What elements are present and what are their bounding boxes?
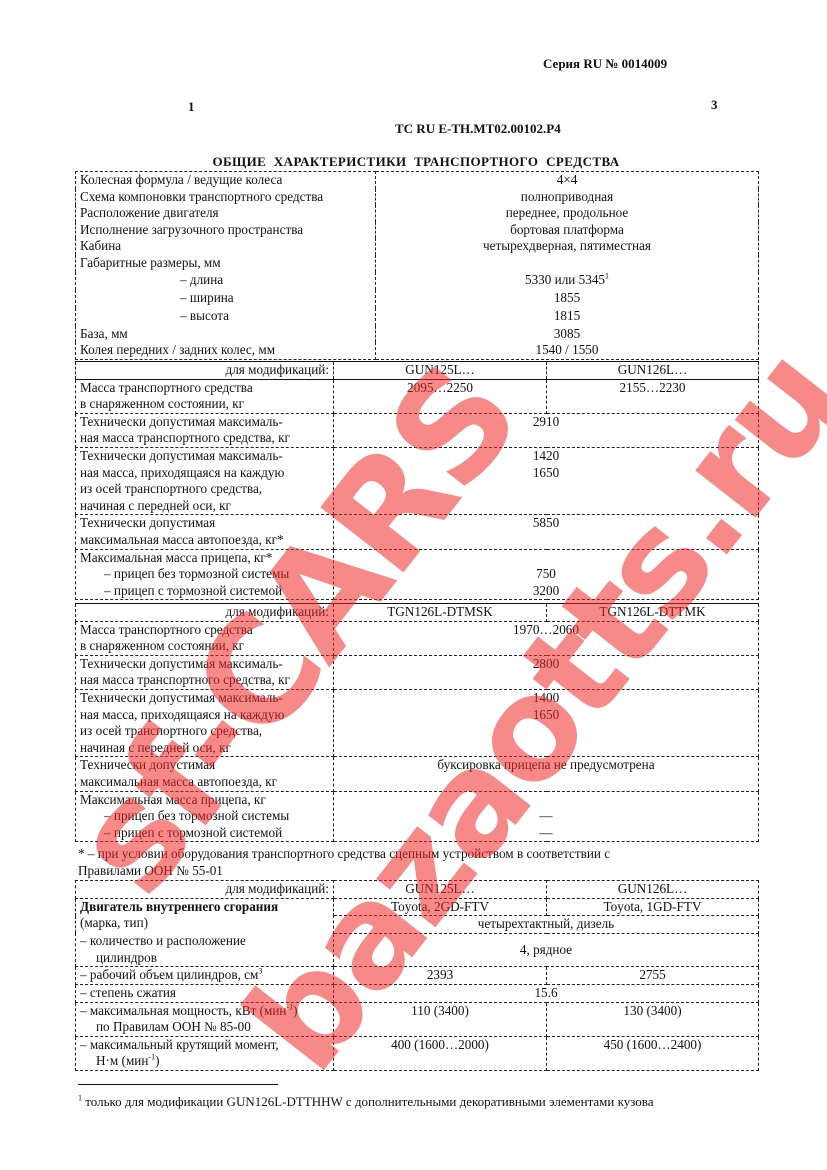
- value: 2910: [334, 413, 759, 447]
- value: 7503200: [334, 549, 759, 600]
- value: 2155…2230: [547, 379, 759, 413]
- label: Максимальная масса прицепа, кг*– прицеп …: [76, 549, 334, 600]
- label: Максимальная масса прицепа, кг– прицеп б…: [76, 791, 334, 842]
- table-row: Колея передних / задних колес, мм1540 / …: [76, 342, 759, 359]
- mod-column: GUN125L…: [334, 881, 547, 899]
- value: 400 (1600…2000): [334, 1036, 547, 1070]
- footnote: 1 только для модификации GUN126L-DTTHHW …: [78, 1094, 654, 1110]
- label: – количество и расположениецилиндров: [76, 933, 334, 967]
- value: бортовая платформа: [376, 222, 759, 239]
- mass-table-tgn: для модификаций: TGN126L-DTMSK TGN126L-D…: [75, 603, 759, 842]
- value: 14001650: [334, 689, 759, 756]
- mod-column: TGN126L-DTTMK: [547, 604, 759, 622]
- mod-label: для модификаций:: [76, 362, 334, 380]
- value: 5330 или 53451: [376, 272, 759, 290]
- label: База, мм: [76, 326, 376, 343]
- value: четырехтактный, дизель: [334, 916, 759, 934]
- label: Технически допустимая максималь-ная масс…: [76, 447, 334, 514]
- table-row: База, мм3085: [76, 326, 759, 343]
- value: 4, рядное: [334, 933, 759, 967]
- table-row: Масса транспортного средствав снаряженно…: [76, 379, 759, 413]
- value: 1855: [376, 290, 759, 308]
- mod-column: TGN126L-DTMSK: [334, 604, 547, 622]
- mod-label: для модификаций:: [76, 604, 334, 622]
- label: – высота: [80, 308, 371, 325]
- value: 2800: [334, 655, 759, 689]
- page-title: ОБЩИЕ ХАРАКТЕРИСТИКИ ТРАНСПОРТНОГО СРЕДС…: [75, 154, 757, 170]
- label: Технически допустимая максималь-ная масс…: [76, 655, 334, 689]
- table-row: – ширина1855: [76, 290, 759, 308]
- value: 3085: [376, 326, 759, 343]
- value: 1540 / 1550: [376, 342, 759, 359]
- label: Технически допустимаямаксимальная масса …: [76, 757, 334, 791]
- label: Масса транспортного средствав снаряженно…: [76, 379, 334, 413]
- value: 1970…2060: [334, 621, 759, 655]
- label: Колея передних / задних колес, мм: [76, 342, 376, 359]
- value: Toyota, 2GD-FTV: [334, 898, 547, 916]
- series-number: Серия RU № 0014009: [543, 56, 667, 72]
- label: – максимальная мощность, кВт (мин-1)по П…: [76, 1002, 334, 1036]
- label: – степень сжатия: [76, 985, 334, 1003]
- table-row: Исполнение загрузочного пространстваборт…: [76, 222, 759, 239]
- table-row: – максимальный крутящий момент,Н·м (мин-…: [76, 1036, 759, 1070]
- table-row: Двигатель внутреннего сгорания(марка, ти…: [76, 898, 759, 916]
- table-row: Расположение двигателяпереднее, продольн…: [76, 205, 759, 222]
- value: ——: [334, 791, 759, 842]
- table-row: Технически допустимая максималь-ная масс…: [76, 689, 759, 756]
- trailer-note: * – при условии оборудования транспортно…: [78, 846, 610, 879]
- page-number-left: 1: [188, 99, 195, 115]
- table-row: – рабочий объем цилиндров, см3 2393 2755: [76, 967, 759, 985]
- value: полноприводная: [376, 189, 759, 206]
- value: 2393: [334, 967, 547, 985]
- value: Toyota, 1GD-FTV: [547, 898, 759, 916]
- table-header-row: для модификаций: TGN126L-DTMSK TGN126L-D…: [76, 604, 759, 622]
- table-row: Колесная формула / ведущие колеса 4×4: [76, 172, 759, 189]
- label: – рабочий объем цилиндров, см3: [76, 967, 334, 985]
- value: 130 (3400): [547, 1002, 759, 1036]
- value: 2755: [547, 967, 759, 985]
- mod-label: для модификаций:: [76, 881, 334, 899]
- label: Масса транспортного средствав снаряженно…: [76, 621, 334, 655]
- label: Исполнение загрузочного пространства: [76, 222, 376, 239]
- table-row: Схема компоновки транспортного средствап…: [76, 189, 759, 206]
- table-row: – длина 5330 или 53451: [76, 272, 759, 290]
- mod-column: GUN125L…: [334, 362, 547, 380]
- label: Технически допустимая максималь-ная масс…: [76, 689, 334, 756]
- label: Схема компоновки транспортного средства: [76, 189, 376, 206]
- table-header-row: для модификаций: GUN125L… GUN126L…: [76, 881, 759, 899]
- mod-column: GUN126L…: [547, 362, 759, 380]
- table-row: Габаритные размеры, мм: [76, 255, 759, 272]
- document-number: ТС RU E-TH.МТ02.00102.Р4: [395, 121, 561, 137]
- table-row: Технически допустимая максималь-ная масс…: [76, 447, 759, 514]
- label: Технически допустимая максималь-ная масс…: [76, 413, 334, 447]
- table-header-row: для модификаций: GUN125L… GUN126L…: [76, 362, 759, 380]
- table-row: Максимальная масса прицепа, кг*– прицеп …: [76, 549, 759, 600]
- value: 5850: [334, 515, 759, 549]
- table-row: – максимальная мощность, кВт (мин-1)по П…: [76, 1002, 759, 1036]
- label: Расположение двигателя: [76, 205, 376, 222]
- table-row: Технически допустимаямаксимальная масса …: [76, 757, 759, 791]
- table-row: Максимальная масса прицепа, кг– прицеп б…: [76, 791, 759, 842]
- label: – длина: [80, 272, 371, 289]
- value: 110 (3400): [334, 1002, 547, 1036]
- label: Габаритные размеры, мм: [76, 255, 376, 272]
- table-row: Технически допустимая максималь-ная масс…: [76, 655, 759, 689]
- value: 4×4: [376, 172, 759, 189]
- value: 450 (1600…2400): [547, 1036, 759, 1070]
- table-row: – высота1815: [76, 308, 759, 326]
- table-row: Технически допустимая максималь-ная масс…: [76, 413, 759, 447]
- label: – максимальный крутящий момент,Н·м (мин-…: [76, 1036, 334, 1070]
- general-table: Колесная формула / ведущие колеса 4×4 Сх…: [75, 171, 759, 360]
- value: 1815: [376, 308, 759, 326]
- value: четырехдверная, пятиместная: [376, 238, 759, 255]
- table-row: – степень сжатия 15.6: [76, 985, 759, 1003]
- mod-column: GUN126L…: [547, 881, 759, 899]
- value: [376, 255, 759, 272]
- value: 15.6: [334, 985, 759, 1003]
- label: – ширина: [80, 290, 371, 307]
- label: Кабина: [76, 238, 376, 255]
- engine-title: Двигатель внутреннего сгорания(марка, ти…: [76, 898, 334, 933]
- page-number-right: 3: [711, 97, 718, 113]
- engine-table: для модификаций: GUN125L… GUN126L… Двига…: [75, 880, 759, 1071]
- mass-table-gun: для модификаций: GUN125L… GUN126L… Масса…: [75, 361, 759, 600]
- table-row: – количество и расположениецилиндров 4, …: [76, 933, 759, 967]
- table-row: Технически допустимаямаксимальная масса …: [76, 515, 759, 549]
- value: переднее, продольное: [376, 205, 759, 222]
- table-row: Кабиначетырехдверная, пятиместная: [76, 238, 759, 255]
- table-row: Масса транспортного средствав снаряженно…: [76, 621, 759, 655]
- label: Колесная формула / ведущие колеса: [76, 172, 376, 189]
- footnote-divider: [78, 1084, 278, 1085]
- value: 14201650: [334, 447, 759, 514]
- value: буксировка прицепа не предусмотрена: [334, 757, 759, 791]
- value: 2095…2250: [334, 379, 547, 413]
- label: Технически допустимаямаксимальная масса …: [76, 515, 334, 549]
